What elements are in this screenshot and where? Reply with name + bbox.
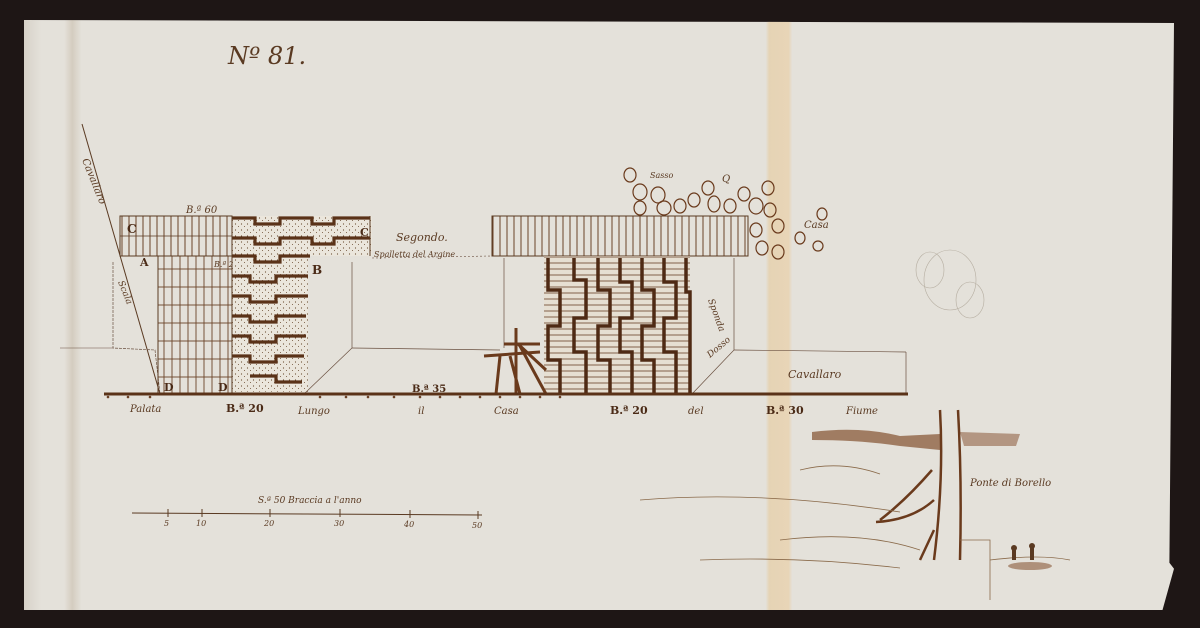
mid-embankment-left — [304, 262, 352, 394]
label-d1: D — [164, 381, 174, 394]
scale-tick-5: 5 — [164, 519, 169, 528]
label-sasso: Sasso — [650, 171, 673, 180]
interlocking-block-wall-left — [232, 216, 372, 394]
right-embankment — [692, 258, 734, 394]
scale-tick-50: 50 — [472, 521, 482, 530]
ground-baseline — [104, 394, 908, 398]
label-casa-bottom: Casa — [494, 406, 519, 417]
folio-mark: Nº 81. — [227, 42, 306, 70]
label-br-30: B.ª 30 — [766, 404, 804, 417]
plank-block-wall-right — [544, 256, 690, 394]
label-lungo: Lungo — [297, 406, 330, 417]
label-sasso-mark: Q — [722, 174, 730, 185]
label-a: A — [139, 256, 149, 269]
label-br-35: B.ª 35 — [412, 384, 446, 395]
faint-sketch — [916, 250, 984, 318]
label-c-right: C — [360, 226, 369, 239]
gridded-tower — [158, 256, 232, 394]
label-ponte-borello: Ponte di Borello — [969, 478, 1051, 489]
label-palata: Palata — [129, 404, 161, 415]
scale-bar: S.ª 50 Braccia a l'anno 5 10 20 30 40 50 — [132, 496, 482, 530]
scale-tick-40: 40 — [403, 520, 414, 529]
label-c-left: C — [127, 222, 137, 236]
drawing-canvas: Nº 81. Cavallaro Scala C B.ª 60 A B.ª 22… — [0, 0, 1200, 628]
label-d2: D — [218, 381, 228, 394]
label-br-20-left: B.ª 20 — [226, 402, 264, 415]
label-sponda: Sponda — [705, 298, 726, 334]
label-il: il — [418, 406, 424, 417]
label-br-20-right: B.ª 20 — [610, 404, 648, 417]
label-segondo-sub: Spalletta del Argine — [374, 250, 455, 259]
label-dosso: Dosso — [705, 335, 734, 361]
wooden-trestle — [484, 328, 546, 394]
folio-number-text: Nº 81. — [227, 42, 306, 70]
scale-tick-30: 30 — [334, 519, 344, 528]
label-cavallaro-left: Cavallaro — [79, 157, 107, 206]
scale-bar-title: S.ª 50 Braccia a l'anno — [258, 496, 362, 506]
label-b: B — [312, 263, 322, 277]
platform-top-right — [492, 216, 748, 256]
river-bridge-sketch — [640, 410, 1070, 600]
label-br-60: B.ª 60 — [185, 205, 218, 216]
scale-tick-20: 20 — [263, 519, 274, 528]
label-segondo: Segondo. — [396, 231, 448, 244]
label-fiume: Fiume — [845, 406, 878, 417]
label-del: del — [688, 406, 704, 417]
label-cavallaro-right: Cavallaro — [788, 368, 842, 381]
scale-tick-10: 10 — [196, 519, 206, 528]
label-casa-top: Casa — [804, 220, 829, 231]
